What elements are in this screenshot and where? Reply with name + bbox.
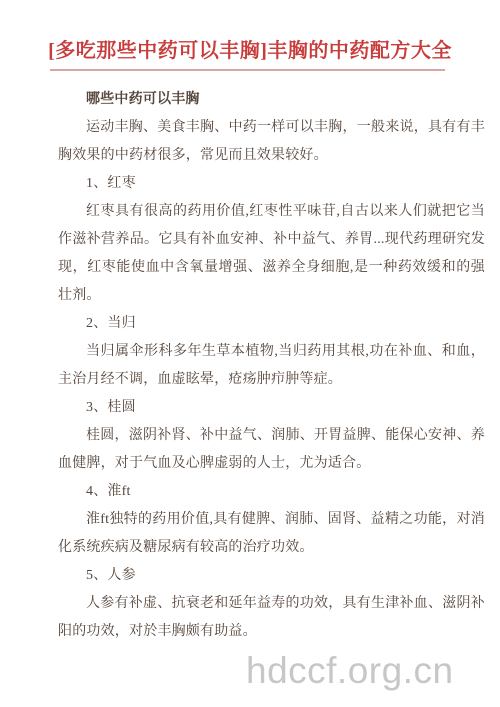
section-heading: 2、当归 — [58, 310, 485, 338]
document-page: [多吃那些中药可以丰胸]丰胸的中药配方大全 哪些中药可以丰胸 运动丰胸、美食丰胸… — [0, 0, 500, 707]
section-heading: 1、红枣 — [58, 170, 485, 198]
section-paragraph: 淮ft独特的药用价值,具有健脾、润肺、固肾、益精之功能，对消化系统疾病及糖尿病有… — [58, 506, 485, 562]
section-heading: 5、人参 — [58, 562, 485, 590]
title-divider — [50, 69, 445, 71]
section-paragraph: 红枣具有很高的药用价值,红枣性平味苷,自古以来人们就把它当作滋补营养品。它具有补… — [58, 198, 485, 310]
section-heading-main: 哪些中药可以丰胸 — [58, 86, 485, 114]
section-paragraph: 人参有补虚、抗衰老和延年益寿的功效，具有生津补血、滋阴补阳的功效，对於丰胸颇有助… — [58, 590, 485, 646]
section-heading: 3、桂圆 — [58, 394, 485, 422]
intro-paragraph: 运动丰胸、美食丰胸、中药一样可以丰胸，一般来说，具有有丰胸效果的中药材很多，常见… — [58, 114, 485, 170]
section-heading: 4、淮ft — [58, 478, 485, 506]
document-body: 哪些中药可以丰胸 运动丰胸、美食丰胸、中药一样可以丰胸，一般来说，具有有丰胸效果… — [58, 86, 485, 646]
section-paragraph: 当归属伞形科多年生草本植物,当归药用其根,功在补血、和血，主治月经不调，血虚眩晕… — [58, 338, 485, 394]
section-paragraph: 桂圆，滋阴补肾、补中益气、润肺、开胃益脾、能保心安神、养血健脾，对于气血及心脾虚… — [58, 422, 485, 478]
page-title: [多吃那些中药可以丰胸]丰胸的中药配方大全 — [40, 38, 460, 64]
site-watermark: hdccf.org.cn — [246, 650, 454, 692]
